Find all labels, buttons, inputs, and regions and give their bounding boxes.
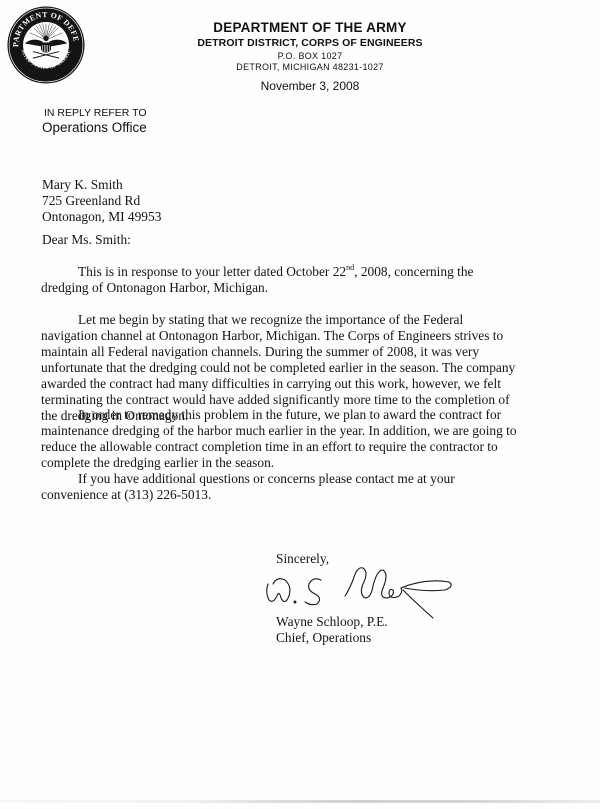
paragraph-line: maintenance dredging of the harbor much … [41,423,561,439]
reply-refer-label: IN REPLY REFER TO [44,107,147,119]
po-box: P.O. BOX 1027 [150,51,470,61]
paragraph-line: navigation channel at Ontonagon Harbor, … [41,328,561,344]
department-name: DEPARTMENT OF THE ARMY [150,20,470,35]
body-paragraph-3: In order to remedy this problem in the f… [41,407,561,471]
handwritten-signature-icon [265,562,455,620]
paragraph-line: In order to remedy this problem in the f… [41,407,561,423]
body-paragraph-1: This is in response to your letter dated… [41,264,561,296]
signer-name: Wayne Schloop, P.E. [276,614,388,630]
paragraph-line: reduce the allowable contract completion… [41,439,561,455]
salutation: Dear Ms. Smith: [42,232,131,248]
paragraph-line: Let me begin by stating that we recogniz… [41,312,561,328]
signer-title: Chief, Operations [276,630,388,646]
district-name: DETROIT DISTRICT, CORPS OF ENGINEERS [150,37,470,49]
text-run: This is in response to your letter dated… [78,264,346,279]
body-paragraph-4: If you have additional questions or conc… [41,471,561,503]
paragraph-line: unfortunate that the dredging could not … [41,360,561,376]
paragraph-line: complete the dredging earlier in the sea… [41,455,561,471]
paragraph-line: awarded the contract had many difficulti… [41,376,561,392]
paragraph-line: terminating the contract would have adde… [41,392,561,408]
recipient-city: Ontonagon, MI 49953 [42,209,161,225]
recipient-name: Mary K. Smith [42,177,161,193]
paragraph-line: This is in response to your letter dated… [41,264,561,280]
letter-page: DEPARTMENT OF DEFENSE UNITED STATES OF A… [0,0,600,809]
letter-date: November 3, 2008 [150,79,470,93]
paragraph-line: dredging of Ontonagon Harbor, Michigan. [41,280,561,296]
reply-office: Operations Office [42,120,147,135]
recipient-street: 725 Greenland Rd [42,193,161,209]
office-city-state-zip: DETROIT, MICHIGAN 48231-1027 [150,62,470,72]
text-run: , 2008, concerning the [354,264,473,279]
paragraph-line: convenience at (313) 226-5013. [41,487,561,503]
department-of-defense-seal-icon: DEPARTMENT OF DEFENSE UNITED STATES OF A… [5,4,87,86]
signer-block: Wayne Schloop, P.E. Chief, Operations [276,614,388,646]
scan-bottom-edge [0,800,600,803]
paragraph-line: maintain all Federal navigation channels… [41,344,561,360]
ordinal-suffix: nd [346,263,354,272]
paragraph-line: If you have additional questions or conc… [41,471,561,487]
recipient-address: Mary K. Smith 725 Greenland Rd Ontonagon… [42,177,161,225]
